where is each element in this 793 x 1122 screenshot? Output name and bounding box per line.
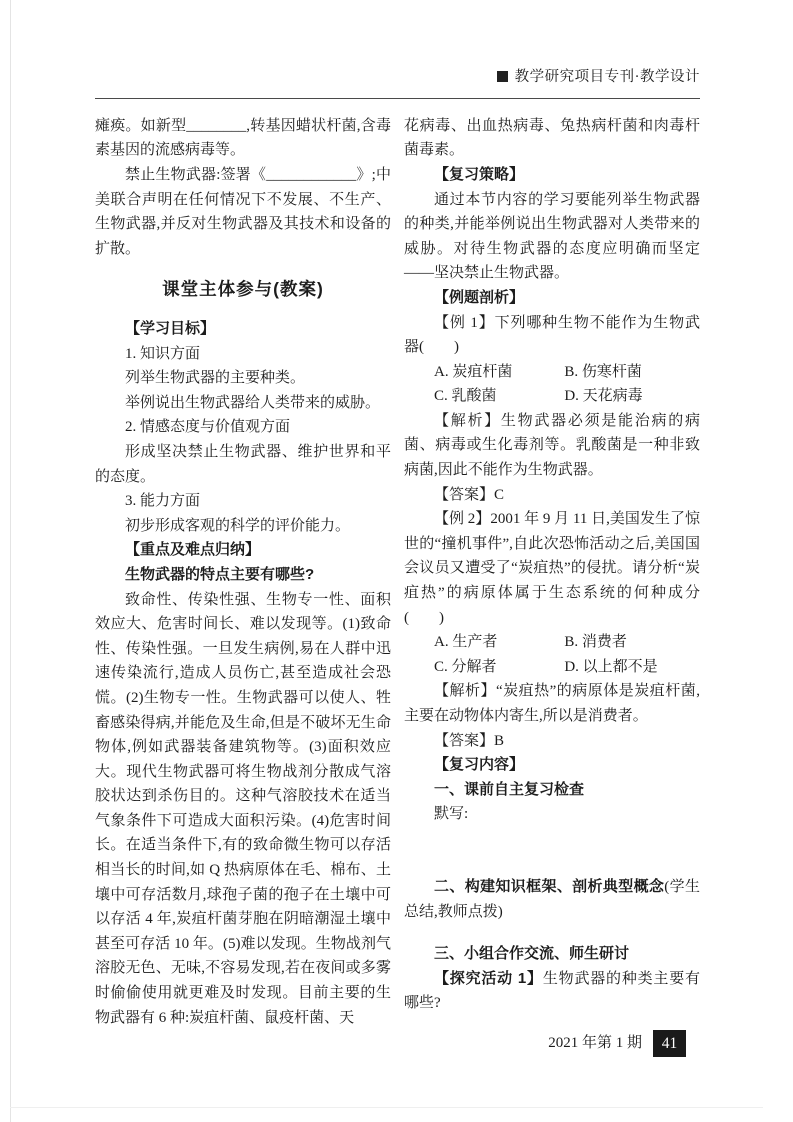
page-header: 教学研究项目专刊·教学设计	[95, 66, 700, 99]
example2-choice-c: C. 分解者	[434, 655, 564, 680]
paragraph-paralysis: 瘫痪。如新型________,转基因蜡状杆菌,含毒素基因的流感病毒等。	[95, 114, 391, 163]
goal-ability-heading: 3. 能力方面	[95, 489, 391, 514]
dictation-label: 默写:	[404, 802, 700, 827]
lesson-plan-title: 课堂主体参与(教案)	[95, 275, 391, 304]
goal-knowledge-item-1: 列举生物武器的主要种类。	[95, 366, 391, 391]
page-number-box: 41	[653, 1030, 686, 1057]
key-points-heading: 【重点及难点归纳】	[95, 538, 391, 563]
issue-label: 2021 年第 1 期	[548, 1031, 642, 1056]
example1-choice-b: B. 伤寒杆菌	[564, 360, 642, 385]
scan-edge-bottom	[10, 1107, 763, 1108]
inquiry-activity-1-label: 【探究活动 1】	[434, 970, 543, 987]
header-rule	[95, 98, 700, 99]
example2-choice-d: D. 以上都不是	[564, 655, 657, 680]
journal-title: 教学研究项目专刊·教学设计	[515, 69, 700, 85]
goal-knowledge-heading: 1. 知识方面	[95, 342, 391, 367]
dictation-writing-space	[404, 827, 700, 875]
paragraph-ban-treaty: 禁止生物武器:签署《____________》;中美联合声明在任何情况下不发展、…	[95, 163, 391, 261]
learning-goals-heading: 【学习目标】	[95, 317, 391, 342]
journal-page: 教学研究项目专刊·教学设计 瘫痪。如新型________,转基因蜡状杆菌,含毒素…	[0, 0, 793, 1122]
example2-question: 【例 2】2001 年 9 月 11 日,美国发生了惊世的“撞机事件”,自此次恐…	[404, 507, 700, 630]
page-number: 41	[662, 1031, 678, 1056]
journal-header: 教学研究项目专刊·教学设计	[95, 66, 700, 90]
example2-analysis: 【解析】“炭疽热”的病原体是炭疽杆菌,主要在动物体内寄生,所以是消费者。	[404, 679, 700, 728]
example1-analysis: 【解析】生物武器必须是能治病的病菌、病毒或生化毒剂等。乳酸菌是一种非致病菌,因此…	[404, 409, 700, 483]
section-2-title: 二、构建知识框架、剖析典型概念	[434, 878, 664, 895]
section-2-heading: 二、构建知识框架、剖析典型概念(学生总结,教师点拨)	[404, 875, 700, 924]
goal-ability-item: 初步形成客观的科学的评价能力。	[95, 514, 391, 539]
example2-choice-b: B. 消费者	[564, 630, 627, 655]
example1-choice-d: D. 天花病毒	[564, 384, 642, 409]
example2-answer: 【答案】B	[404, 729, 700, 754]
example-analysis-heading: 【例题剖析】	[404, 286, 700, 311]
review-strategy-heading: 【复习策略】	[404, 163, 700, 188]
example1-choice-a: A. 炭疽杆菌	[434, 360, 564, 385]
paragraph-bioweapon-features: 致命性、传染性强、生物专一性、面积效应大、危害时间长、难以发现等。(1)致命性、…	[95, 588, 391, 1031]
paragraph-review-strategy: 通过本节内容的学习要能列举生物武器的种类,并能举例说出生物武器对人类带来的威胁。…	[404, 188, 700, 286]
scan-edge-left	[10, 0, 11, 1122]
example1-answer: 【答案】C	[404, 483, 700, 508]
example1-question: 【例 1】下列哪种生物不能作为生物武器( )	[404, 311, 700, 360]
example1-choices-row-1: A. 炭疽杆菌 B. 伤寒杆菌	[404, 360, 700, 385]
goal-attitude-heading: 2. 情感态度与价值观方面	[95, 415, 391, 440]
example2-choices-row-1: A. 生产者 B. 消费者	[404, 630, 700, 655]
inquiry-activity-1: 【探究活动 1】生物武器的种类主要有哪些?	[404, 967, 700, 1016]
example2-choices-row-2: C. 分解者 D. 以上都不是	[404, 655, 700, 680]
example1-choices-row-2: C. 乳酸菌 D. 天花病毒	[404, 384, 700, 409]
goal-knowledge-item-2: 举例说出生物武器给人类带来的威胁。	[95, 391, 391, 416]
section-3-heading: 三、小组合作交流、师生研讨	[404, 942, 700, 967]
section-1-heading: 一、课前自主复习检查	[404, 778, 700, 803]
review-content-heading: 【复习内容】	[404, 753, 700, 778]
example1-choice-c: C. 乳酸菌	[434, 384, 564, 409]
paragraph-features-continued: 花病毒、出血热病毒、兔热病杆菌和肉毒杆菌毒素。	[404, 114, 700, 163]
key-question: 生物武器的特点主要有哪些?	[95, 563, 391, 588]
two-column-body: 瘫痪。如新型________,转基因蜡状杆菌,含毒素基因的流感病毒等。 禁止生物…	[95, 114, 700, 1030]
goal-attitude-item: 形成坚决禁止生物武器、维护世界和平的态度。	[95, 440, 391, 489]
left-column: 瘫痪。如新型________,转基因蜡状杆菌,含毒素基因的流感病毒等。 禁止生物…	[95, 114, 391, 1030]
right-column: 花病毒、出血热病毒、兔热病杆菌和肉毒杆菌毒素。 【复习策略】 通过本节内容的学习…	[404, 114, 700, 1030]
example2-choice-a: A. 生产者	[434, 630, 564, 655]
page-footer: 2021 年第 1 期 41	[548, 1030, 686, 1057]
section-marker-icon	[497, 71, 508, 82]
